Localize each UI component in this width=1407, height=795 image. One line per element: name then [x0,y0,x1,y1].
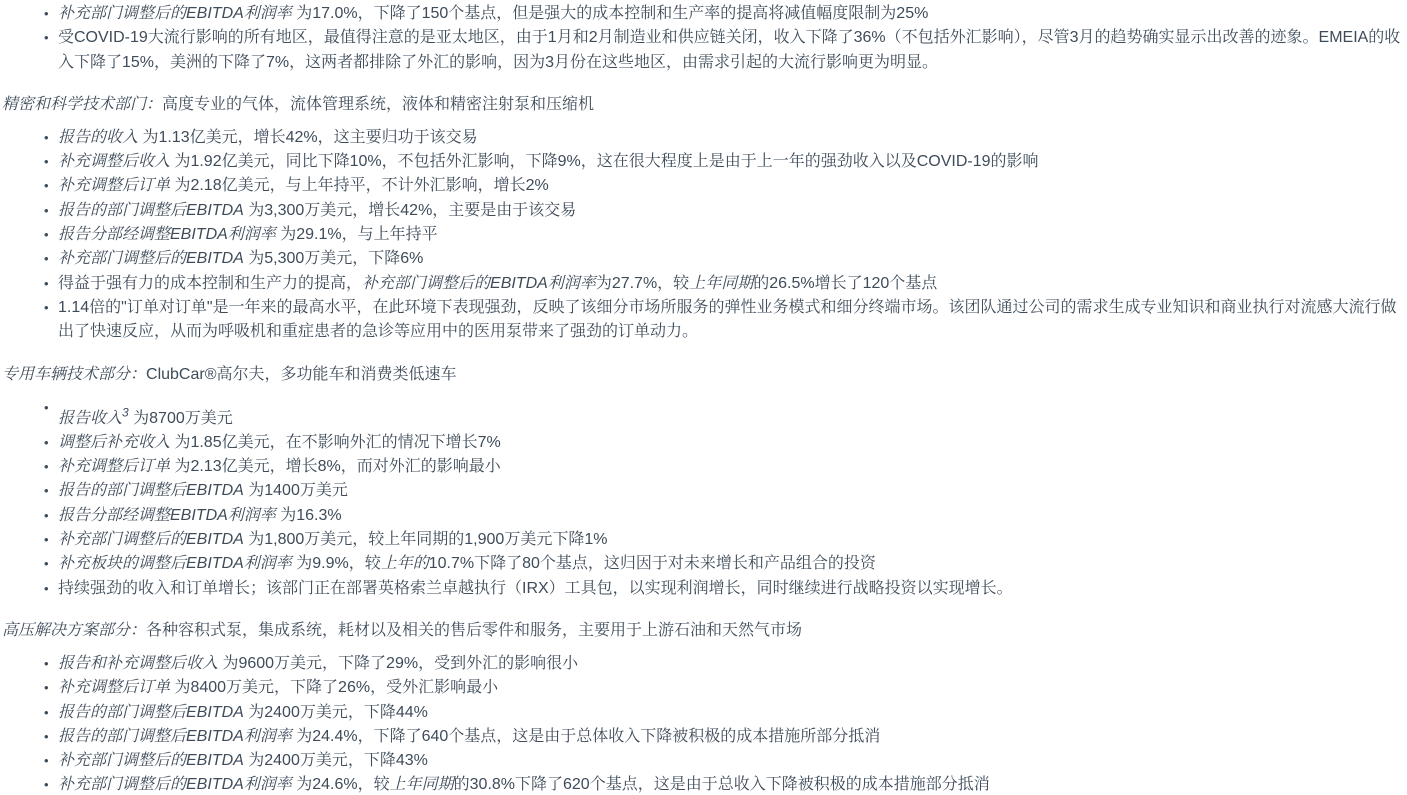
bullet-item: 补充调整后订单 为8400万美元，下降了26%，受外汇影响最小 [58,676,1401,700]
section-heading-high-pressure: 高压解决方案部分：各种容积式泵，集成系统，耗材以及相关的售后零件和服务，主要用于… [2,619,1401,643]
bullet-text: 为1.13亿美元，增长42%，这主要归功于该交易 [138,129,478,146]
bullet-text: 持续强劲的收入和订单增长；该部门正在部署英格索兰卓越执行（IRX）工具包，以实现… [58,580,1013,597]
bullet-text: 为3,300万美元，增长42%，主要是由于该交易 [244,202,577,219]
metric-label: 报告的部门调整后EBITDA [58,202,244,219]
bullet-item: 报告的部门调整后EBITDA 为3,300万美元，增长42%，主要是由于该交易 [58,199,1401,223]
metric-label: 补充部门调整后的EBITDA利润率 [362,275,596,292]
metric-label: 补充部门调整后的EBITDA利润率 [58,776,292,793]
bullet-item: 补充部门调整后的EBITDA利润率 为24.6%，较上年同期的30.8%下降了6… [58,773,1401,795]
bullet-text: 得益于强有力的成本控制和生产力的提高， [58,275,362,292]
metric-label: 补充调整后订单 [58,679,170,696]
bullet-text: 受COVID-19大流行影响的所有地区，最值得注意的是亚太地区，由于1月和2月制… [58,29,1400,70]
section-description: ClubCar®高尔夫，多功能车和消费类低速车 [146,366,456,383]
bullet-text: 为2400万美元，下降43% [244,752,428,769]
bullet-text: 为29.1%，与上年持平 [276,226,438,243]
bullet-text: 为1.85亿美元，在不影响外汇的情况下增长7% [170,434,501,451]
bullet-item: 补充部门调整后的EBITDA 为5,300万美元，下降6% [58,247,1401,271]
metric-label: 报告收入 [58,410,122,427]
section-name: 精密和科学技术部门： [2,96,162,113]
bullet-text: 的26.5%增长了120个基点 [753,275,937,292]
bullet-text: 为24.4%，下降了640个基点，这是由于总体收入下降被积极的成本措施所部分抵消 [292,728,881,745]
section-heading-precision-science: 精密和科学技术部门：高度专业的气体，流体管理系统，液体和精密注射泵和压缩机 [2,93,1401,117]
bullet-item: 报告的部门调整后EBITDA 为1400万美元 [58,479,1401,503]
metric-label: 报告和补充调整后收入 [58,655,218,672]
prior-year-label: 上年同期 [390,776,454,793]
bullet-item: 补充调整后订单 为2.18亿美元，与上年持平，不计外汇影响，增长2% [58,174,1401,198]
bullet-item: 报告收入3 为8700万美元 [58,396,1401,431]
bullet-item: 得益于强有力的成本控制和生产力的提高，补充部门调整后的EBITDA利润率为27.… [58,272,1401,296]
bullet-item: 报告的部门调整后EBITDA利润率 为24.4%，下降了640个基点，这是由于总… [58,725,1401,749]
metric-label: 补充调整后订单 [58,458,170,475]
bullet-item: 报告分部经调整EBITDA利润率 为16.3% [58,504,1401,528]
metric-label: 补充部门调整后的EBITDA利润率 [58,5,292,22]
earnings-report-body: 补充部门调整后的EBITDA利润率 为17.0%，下降了150个基点，但是强大的… [0,0,1407,795]
metric-label: 报告的收入 [58,129,138,146]
metric-label: 报告分部经调整EBITDA利润率 [58,226,276,243]
bullet-item: 持续强劲的收入和订单增长；该部门正在部署英格索兰卓越执行（IRX）工具包，以实现… [58,577,1401,601]
metric-label: 补充板块的调整后EBITDA利润率 [58,555,292,572]
bullet-item: 补充部门调整后的EBITDA利润率 为17.0%，下降了150个基点，但是强大的… [58,2,1401,26]
bullet-item: 报告和补充调整后收入 为9600万美元，下降了29%，受到外汇的影响很小 [58,652,1401,676]
section-bullet-list-high-pressure: 报告和补充调整后收入 为9600万美元，下降了29%，受到外汇的影响很小 补充调… [2,652,1401,795]
section-name: 高压解决方案部分： [2,622,146,639]
bullet-item: 补充调整后收入 为1.92亿美元，同比下降10%，不包括外汇影响，下降9%，这在… [58,150,1401,174]
bullet-text: 为8700万美元 [129,410,233,427]
bullet-text: 为1.92亿美元，同比下降10%，不包括外汇影响，下降9%，这在很大程度上是由于… [170,153,1039,170]
bullet-text: 为27.7%，较 [596,275,689,292]
intro-bullet-list: 补充部门调整后的EBITDA利润率 为17.0%，下降了150个基点，但是强大的… [2,2,1401,75]
bullet-text: 为17.0%，下降了150个基点，但是强大的成本控制和生产率的提高将减值幅度限制… [292,5,929,22]
bullet-item: 调整后补充收入 为1.85亿美元，在不影响外汇的情况下增长7% [58,431,1401,455]
metric-label: 报告分部经调整EBITDA利润率 [58,507,276,524]
bullet-text: 为8400万美元，下降了26%，受外汇影响最小 [170,679,498,696]
bullet-text: 为2400万美元，下降44% [244,704,428,721]
bullet-text: 1.14倍的"订单对订单"是一年来的最高水平，在此环境下表现强劲，反映了该细分市… [58,299,1397,340]
bullet-item: 报告的收入 为1.13亿美元，增长42%，这主要归功于该交易 [58,126,1401,150]
bullet-text: 为9600万美元，下降了29%，受到外汇的影响很小 [218,655,578,672]
bullet-text: 为1,800万美元，较上年同期的1,900万美元下降1% [244,531,608,548]
bullet-text: 为1400万美元 [244,482,348,499]
metric-label: 补充部门调整后的EBITDA [58,250,244,267]
bullet-text: 为5,300万美元，下降6% [244,250,424,267]
prior-year-label: 上年的 [381,555,429,572]
metric-label: 补充部门调整后的EBITDA [58,531,244,548]
bullet-text: 为2.18亿美元，与上年持平，不计外汇影响，增长2% [170,177,549,194]
metric-label: 报告的部门调整后EBITDA [58,704,244,721]
bullet-text: 的30.8%下降了620个基点，这是由于总收入下降被积极的成本措施部分抵消 [454,776,990,793]
bullet-item: 补充部门调整后的EBITDA 为2400万美元，下降43% [58,749,1401,773]
section-heading-specialty-vehicle: 专用车辆技术部分：ClubCar®高尔夫，多功能车和消费类低速车 [2,363,1401,387]
bullet-text: 为2.13亿美元，增长8%，而对外汇的影响最小 [170,458,501,475]
metric-label: 补充调整后订单 [58,177,170,194]
metric-label: 报告的部门调整后EBITDA [58,482,244,499]
bullet-item: 补充板块的调整后EBITDA利润率 为9.9%，较上年的10.7%下降了80个基… [58,552,1401,576]
bullet-text: 为24.6%，较 [292,776,390,793]
bullet-item: 1.14倍的"订单对订单"是一年来的最高水平，在此环境下表现强劲，反映了该细分市… [58,296,1401,345]
section-description: 高度专业的气体，流体管理系统，液体和精密注射泵和压缩机 [162,96,594,113]
section-name: 专用车辆技术部分： [2,366,146,383]
section-description: 各种容积式泵，集成系统，耗材以及相关的售后零件和服务，主要用于上游石油和天然气市… [146,622,802,639]
bullet-item: 受COVID-19大流行影响的所有地区，最值得注意的是亚太地区，由于1月和2月制… [58,26,1401,75]
metric-label: 补充部门调整后的EBITDA [58,752,244,769]
section-bullet-list-specialty-vehicle: 报告收入3 为8700万美元 调整后补充收入 为1.85亿美元，在不影响外汇的情… [2,396,1401,601]
metric-label: 调整后补充收入 [58,434,170,451]
metric-label: 补充调整后收入 [58,153,170,170]
footnote-ref-3: 3 [122,405,129,419]
bullet-text: 10.7%下降了80个基点，这归因于对未来增长和产品组合的投资 [429,555,876,572]
bullet-item: 补充部门调整后的EBITDA 为1,800万美元，较上年同期的1,900万美元下… [58,528,1401,552]
metric-label: 报告的部门调整后EBITDA利润率 [58,728,292,745]
bullet-text: 为9.9%，较 [292,555,381,572]
prior-year-label: 上年同期 [689,275,753,292]
bullet-item: 补充调整后订单 为2.13亿美元，增长8%，而对外汇的影响最小 [58,455,1401,479]
section-bullet-list-precision-science: 报告的收入 为1.13亿美元，增长42%，这主要归功于该交易 补充调整后收入 为… [2,126,1401,345]
bullet-item: 报告分部经调整EBITDA利润率 为29.1%，与上年持平 [58,223,1401,247]
bullet-item: 报告的部门调整后EBITDA 为2400万美元，下降44% [58,701,1401,725]
bullet-text: 为16.3% [276,507,342,524]
